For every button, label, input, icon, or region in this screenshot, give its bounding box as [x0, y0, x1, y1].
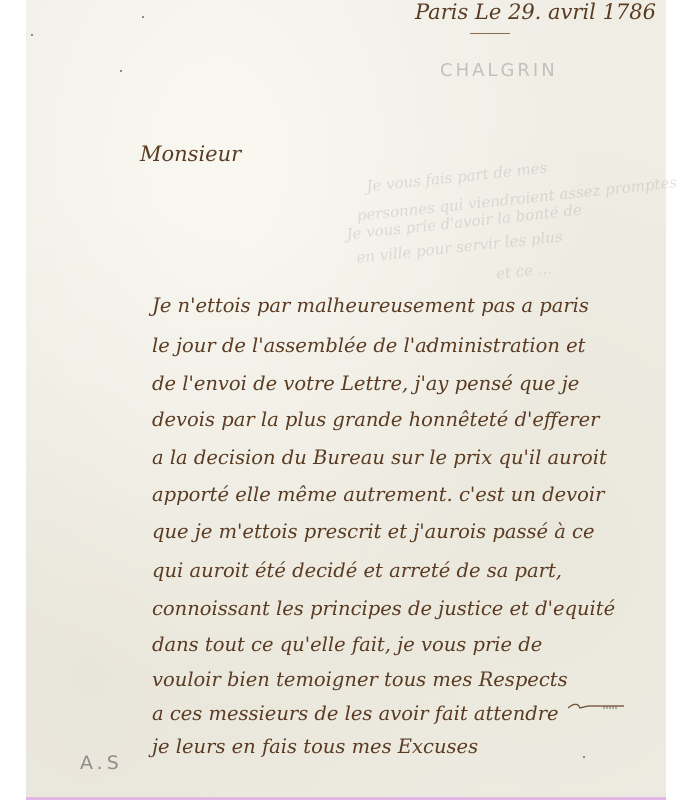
- bleed-through-text: et ce ...: [495, 259, 553, 283]
- letter-line: que je m'ettois prescrit et j'aurois pas…: [152, 520, 595, 543]
- margin-annotation: A.S: [80, 752, 123, 774]
- date-underline: [470, 33, 510, 34]
- letter-line: connoissant les principes de justice et …: [152, 597, 615, 620]
- letter-line: Je n'ettois par malheureusement pas a pa…: [152, 294, 589, 317]
- letter-line: vouloir bien temoigner tous mes Respects: [152, 668, 568, 691]
- letter-date: Paris Le 29. avril 1786: [415, 0, 656, 24]
- letter-line: apporté elle même autrement. c'est un de…: [152, 483, 604, 506]
- letter-line: a ces messieurs de les avoir fait attend…: [152, 702, 559, 725]
- letter-line: je leurs en fais tous mes Excuses: [152, 735, 478, 758]
- closing-flourish-icon: [568, 703, 626, 711]
- letter-line: qui auroit été decidé et arreté de sa pa…: [152, 559, 562, 582]
- salutation: Monsieur: [140, 142, 241, 166]
- letter-line: devois par la plus grande honnêteté d'ef…: [152, 408, 599, 431]
- letter-line: de l'envoi de votre Lettre, j'ay pensé q…: [152, 372, 579, 395]
- letter-line: dans tout ce qu'elle fait, je vous prie …: [152, 633, 542, 656]
- letter-line: le jour de l'assemblée de l'administrati…: [152, 334, 586, 357]
- letter-line: a la decision du Bureau sur le prix qu'i…: [152, 446, 607, 469]
- archive-stamp: CHALGRIN: [440, 60, 558, 81]
